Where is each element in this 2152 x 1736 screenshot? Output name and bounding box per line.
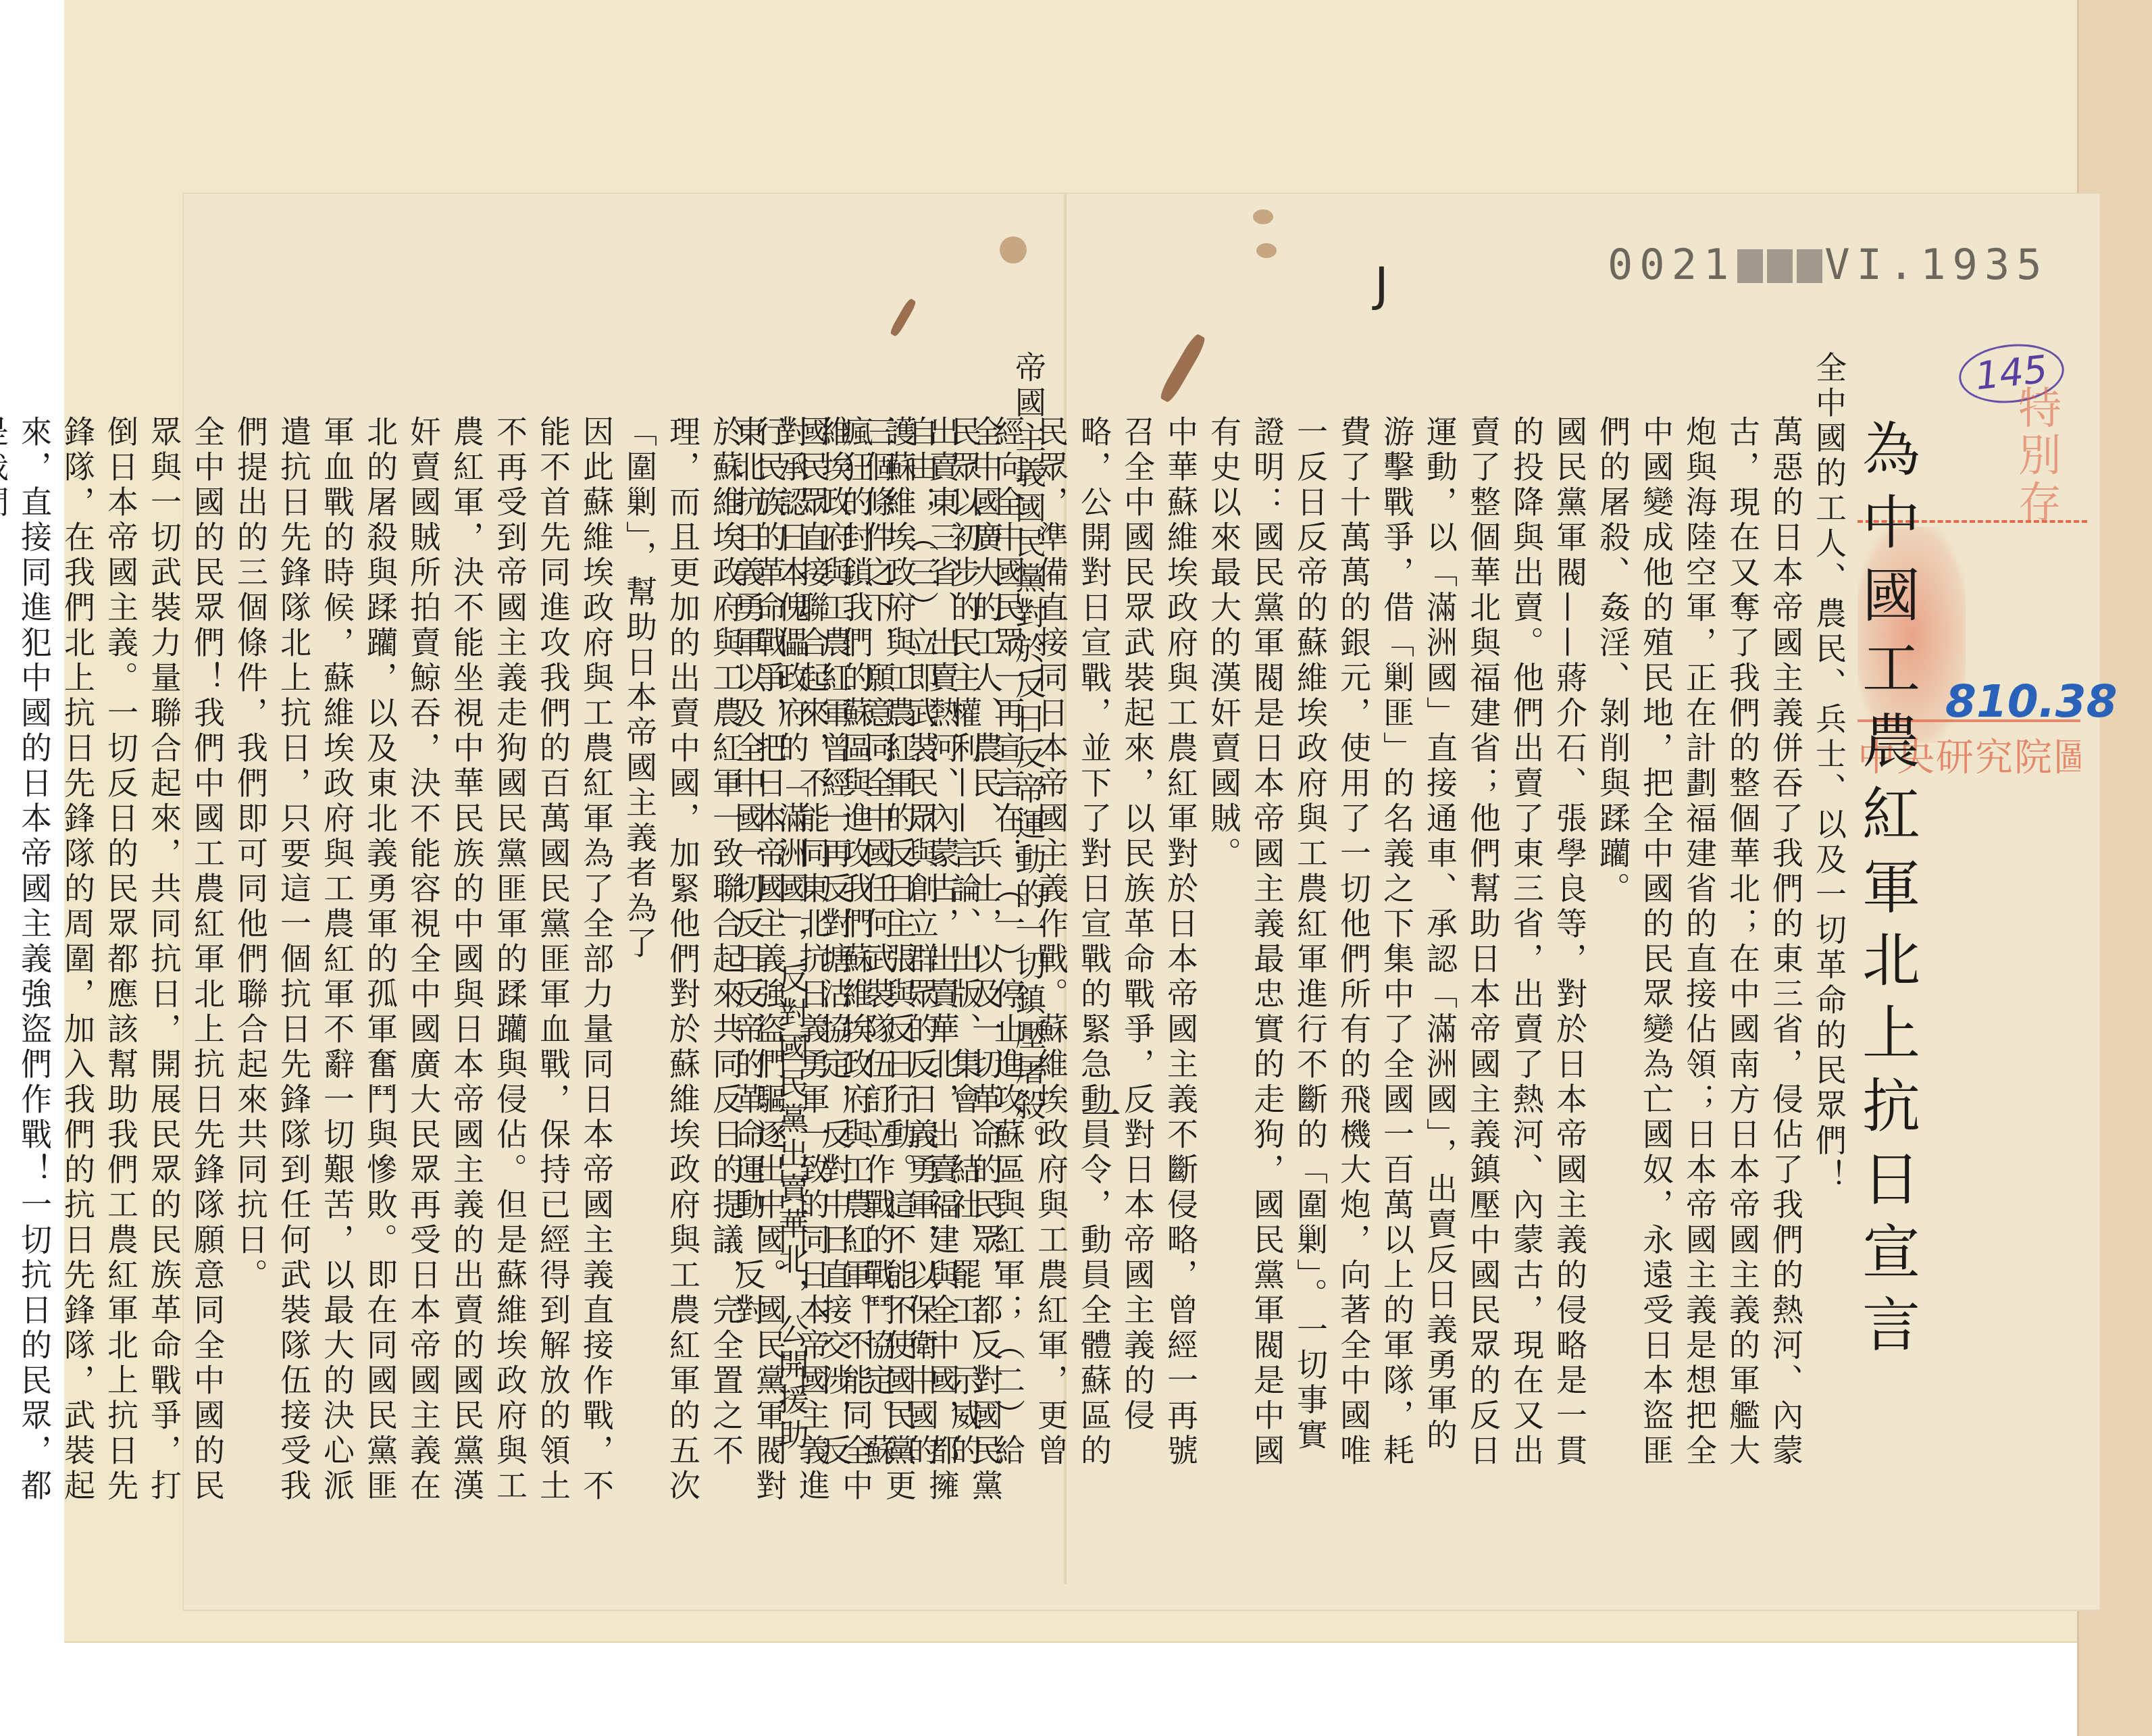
paragraph: 全中國的民眾們！我們中國工農紅軍北上抗日先鋒隊願意同全中國的民眾與一切武裝力量聯…	[0, 351, 229, 1513]
catalog-stamp-prefix: 0021	[1608, 240, 1735, 289]
ink-stain	[1000, 236, 1027, 263]
redacted-block	[1797, 249, 1822, 283]
paragraph: 萬惡的日本帝國主義併吞了我們的東三省，侵佔了我們的熱河、內蒙古，現在又奪了我們的…	[1591, 351, 1808, 1486]
sheet-page-marker: 一	[1081, 1084, 1121, 1142]
paragraph: 帝國主義國民黨對於反日反帝運動的一切鎮壓屠殺。	[1007, 351, 1050, 1513]
ink-stain	[1256, 243, 1277, 258]
right-half-text: 全中國的工人、農民、兵士、以及一切革命的民眾們！ 萬惡的日本帝國主義併吞了我們的…	[1101, 351, 1851, 1486]
catalog-stamp-suffix: VI.1935	[1824, 240, 2048, 289]
paragraph: 國民黨軍閥——蔣介石、張學良等，對於日本帝國主義的侵略是一貫的投降與出賣。他們出…	[1202, 351, 1591, 1486]
redacted-block	[1767, 249, 1793, 283]
left-half-text: 帝國主義國民黨對於反日反帝運動的一切鎮壓屠殺。 全中國廣大的工人、農民、兵士，以…	[267, 351, 1050, 1513]
paragraph: 全中國的工人、農民、兵士、以及一切革命的民眾們！	[1808, 351, 1851, 1486]
handwritten-mark: J	[1375, 257, 1389, 312]
paragraph: 全中國廣大的工人、農民、兵士，以及一切革命的民眾，都反對國民黨出賣東三省、出賣熱…	[618, 351, 1007, 1513]
paragraph: 因此蘇維埃政府與工農紅軍為了全部力量同日本帝國主義直接作戰，不能不首先同進攻我們…	[229, 351, 618, 1513]
redacted-block	[1737, 249, 1763, 283]
ink-stain	[1253, 209, 1273, 224]
red-seal-stamp: 特別存	[1905, 385, 2067, 540]
catalog-stamp: 0021VI.1935	[1608, 240, 2049, 289]
document-title: 為中國工農紅軍北上抗日宣言	[1844, 419, 1928, 1367]
